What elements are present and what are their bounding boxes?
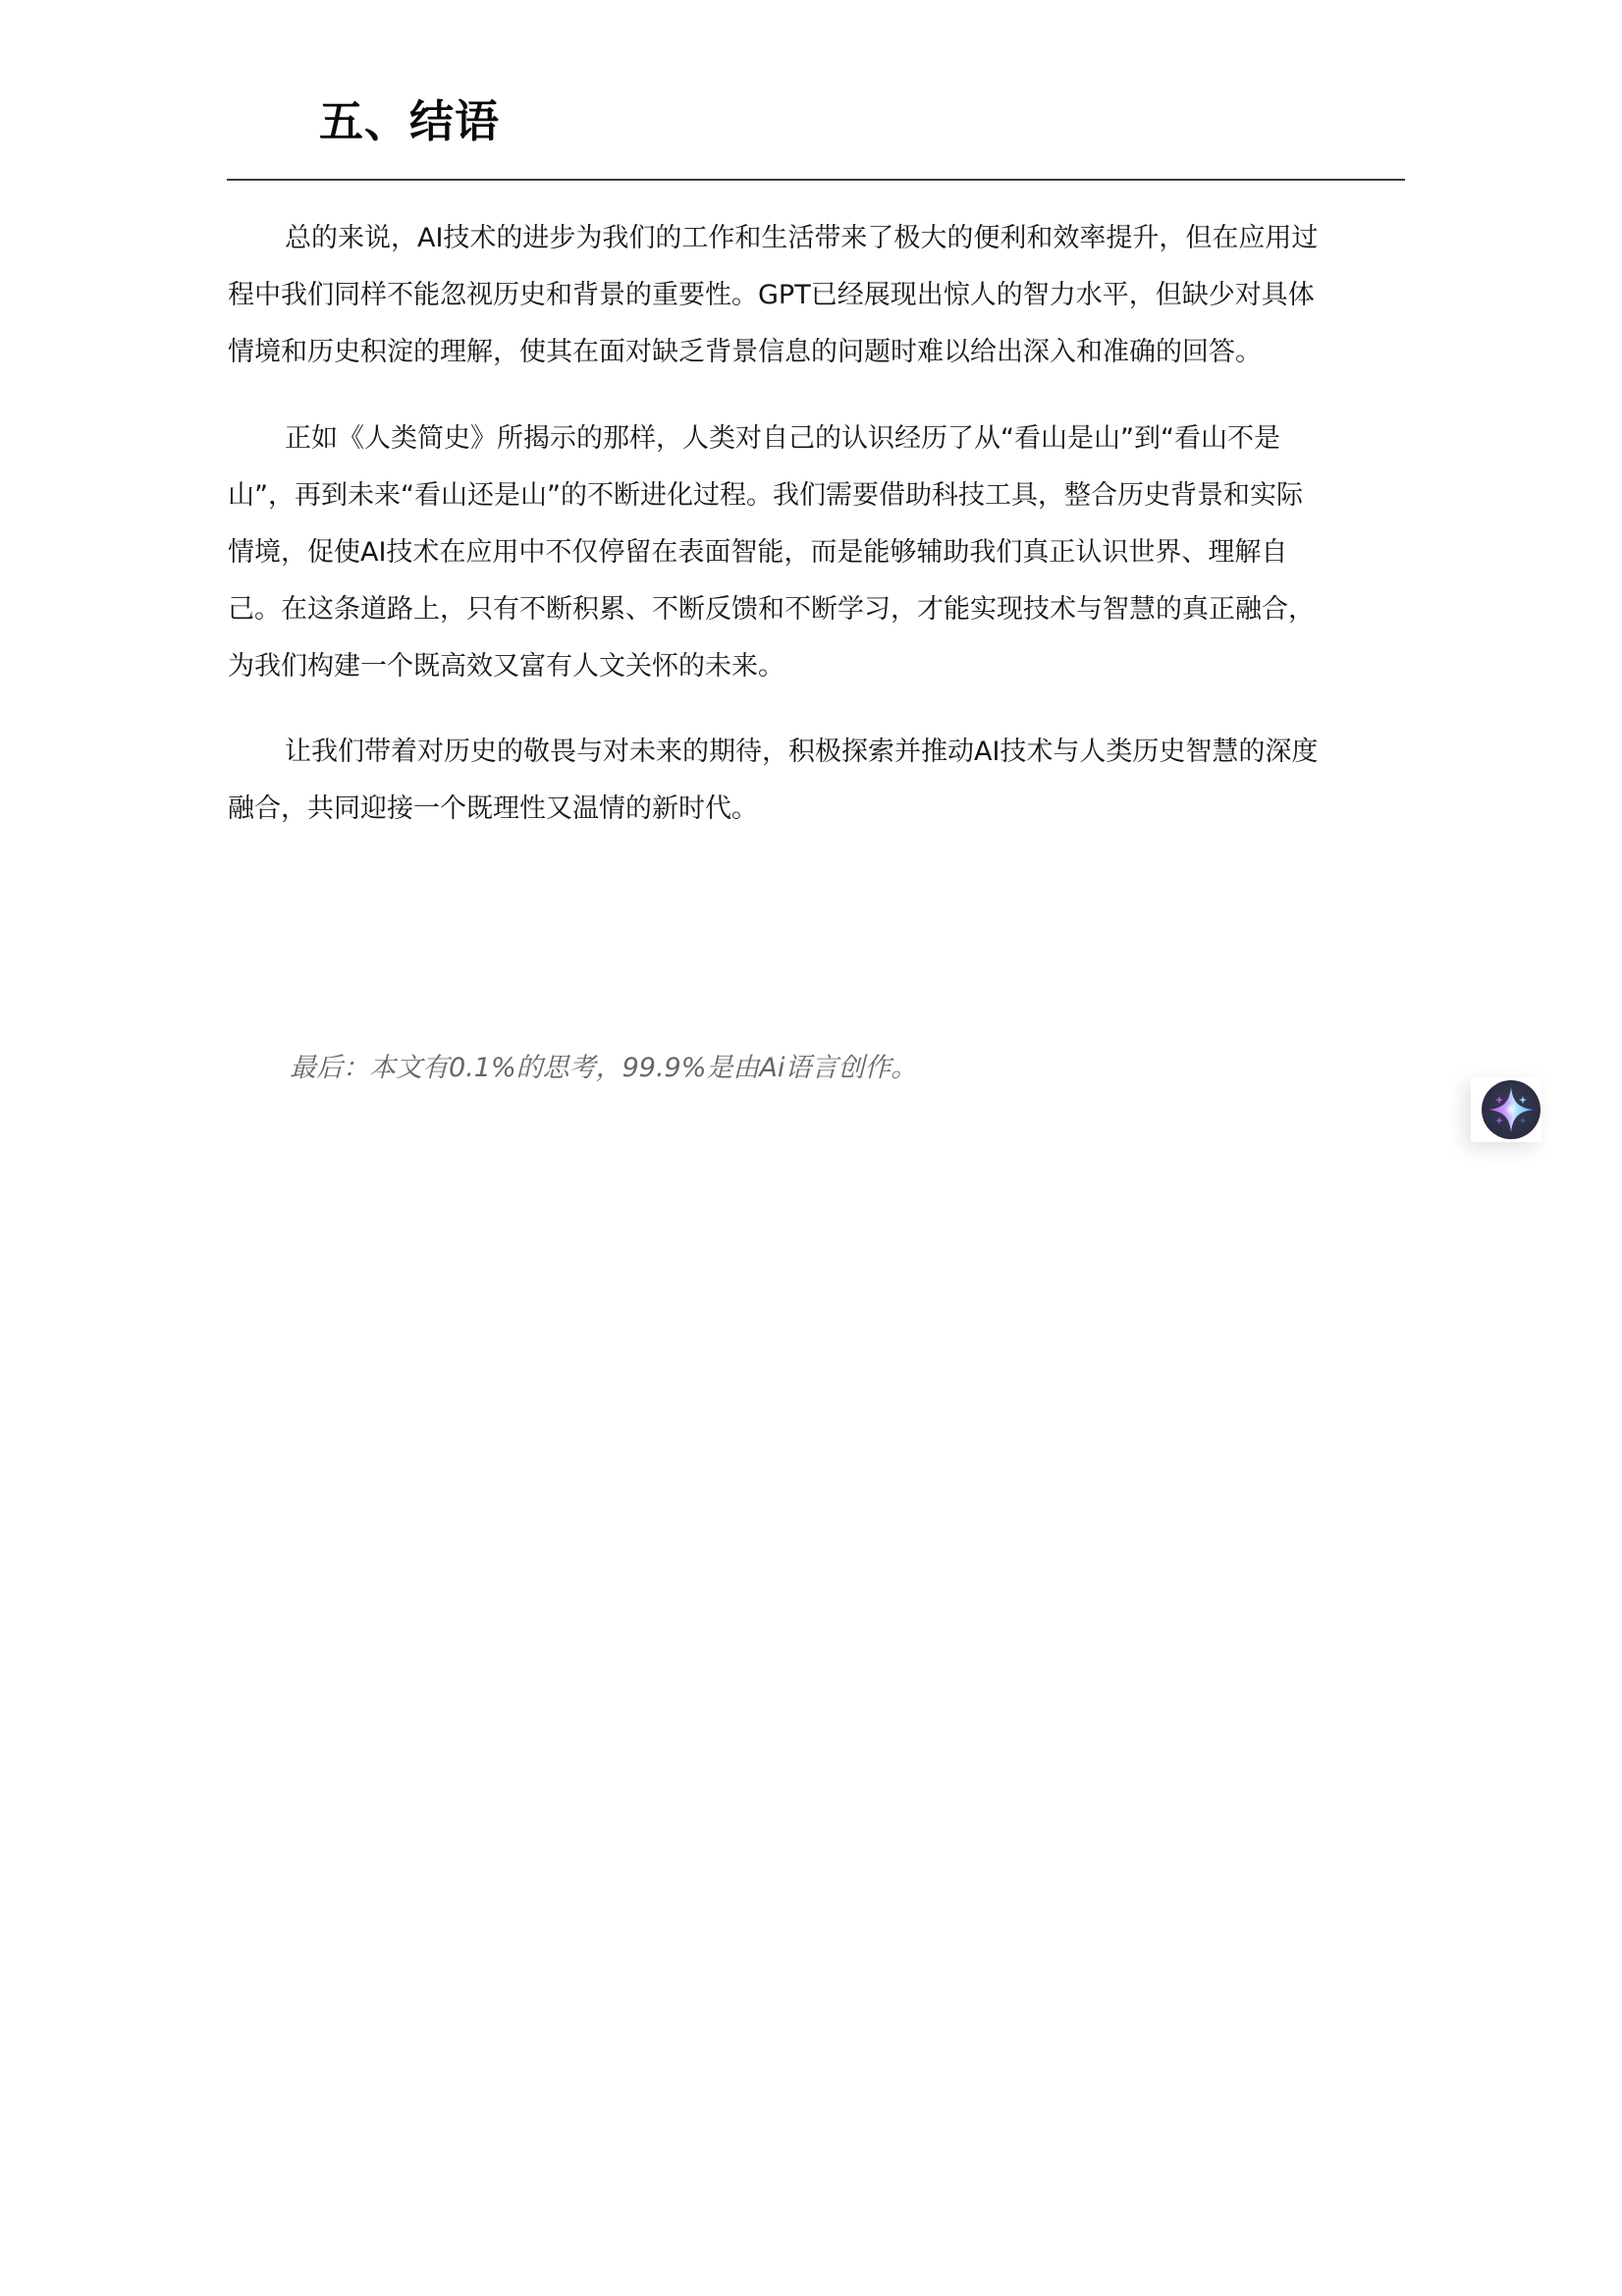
paragraph-conclusion-3: 让我们带着对历史的敬畏与对未来的期待，积极探索并推动AI技术与人类历史智慧的深度… <box>228 724 1406 838</box>
paragraph-conclusion-1: 总的来说，AI技术的进步为我们的工作和生活带来了极大的便利和效率提升，但在应用过… <box>228 210 1406 381</box>
text-line: 情境和历史积淀的理解，使其在面对缺乏背景信息的问题时难以给出深入和准确的回答。 <box>228 324 1406 381</box>
text-line: 正如《人类简史》所揭示的那样，人类对自己的认识经历了从“看山是山”到“看山不是 <box>228 410 1406 467</box>
text-line: 为我们构建一个既高效又富有人文关怀的未来。 <box>228 638 1406 695</box>
section-title: 五、结语 <box>319 90 500 153</box>
text-line: 程中我们同样不能忽视历史和背景的重要性。GPT已经展现出惊人的智力水平，但缺少对… <box>228 267 1406 324</box>
text-line: 总的来说，AI技术的进步为我们的工作和生活带来了极大的便利和效率提升，但在应用过 <box>228 210 1406 267</box>
closing-note: 最后：本文有0.1%的思考，99.9%是由Ai语言创作。 <box>290 1049 917 1088</box>
title-divider <box>227 179 1405 181</box>
document-page: 五、结语 总的来说，AI技术的进步为我们的工作和生活带来了极大的便利和效率提升，… <box>0 0 1622 2296</box>
text-line: 山”，再到未来“看山还是山”的不断进化过程。我们需要借助科技工具，整合历史背景和… <box>228 467 1406 524</box>
text-line: 己。在这条道路上，只有不断积累、不断反馈和不断学习，才能实现技术与智慧的真正融合… <box>228 581 1406 638</box>
paragraph-conclusion-2: 正如《人类简史》所揭示的那样，人类对自己的认识经历了从“看山是山”到“看山不是 … <box>228 410 1406 695</box>
text-line: 让我们带着对历史的敬畏与对未来的期待，积极探索并推动AI技术与人类历史智慧的深度 <box>228 724 1406 781</box>
sparkle-icon <box>1486 1084 1537 1135</box>
text-line: 情境，促使AI技术在应用中不仅停留在表面智能，而是能够辅助我们真正认识世界、理解… <box>228 524 1406 581</box>
text-line: 融合，共同迎接一个既理性又温情的新时代。 <box>228 781 1406 838</box>
ai-assistant-button[interactable] <box>1482 1080 1541 1139</box>
